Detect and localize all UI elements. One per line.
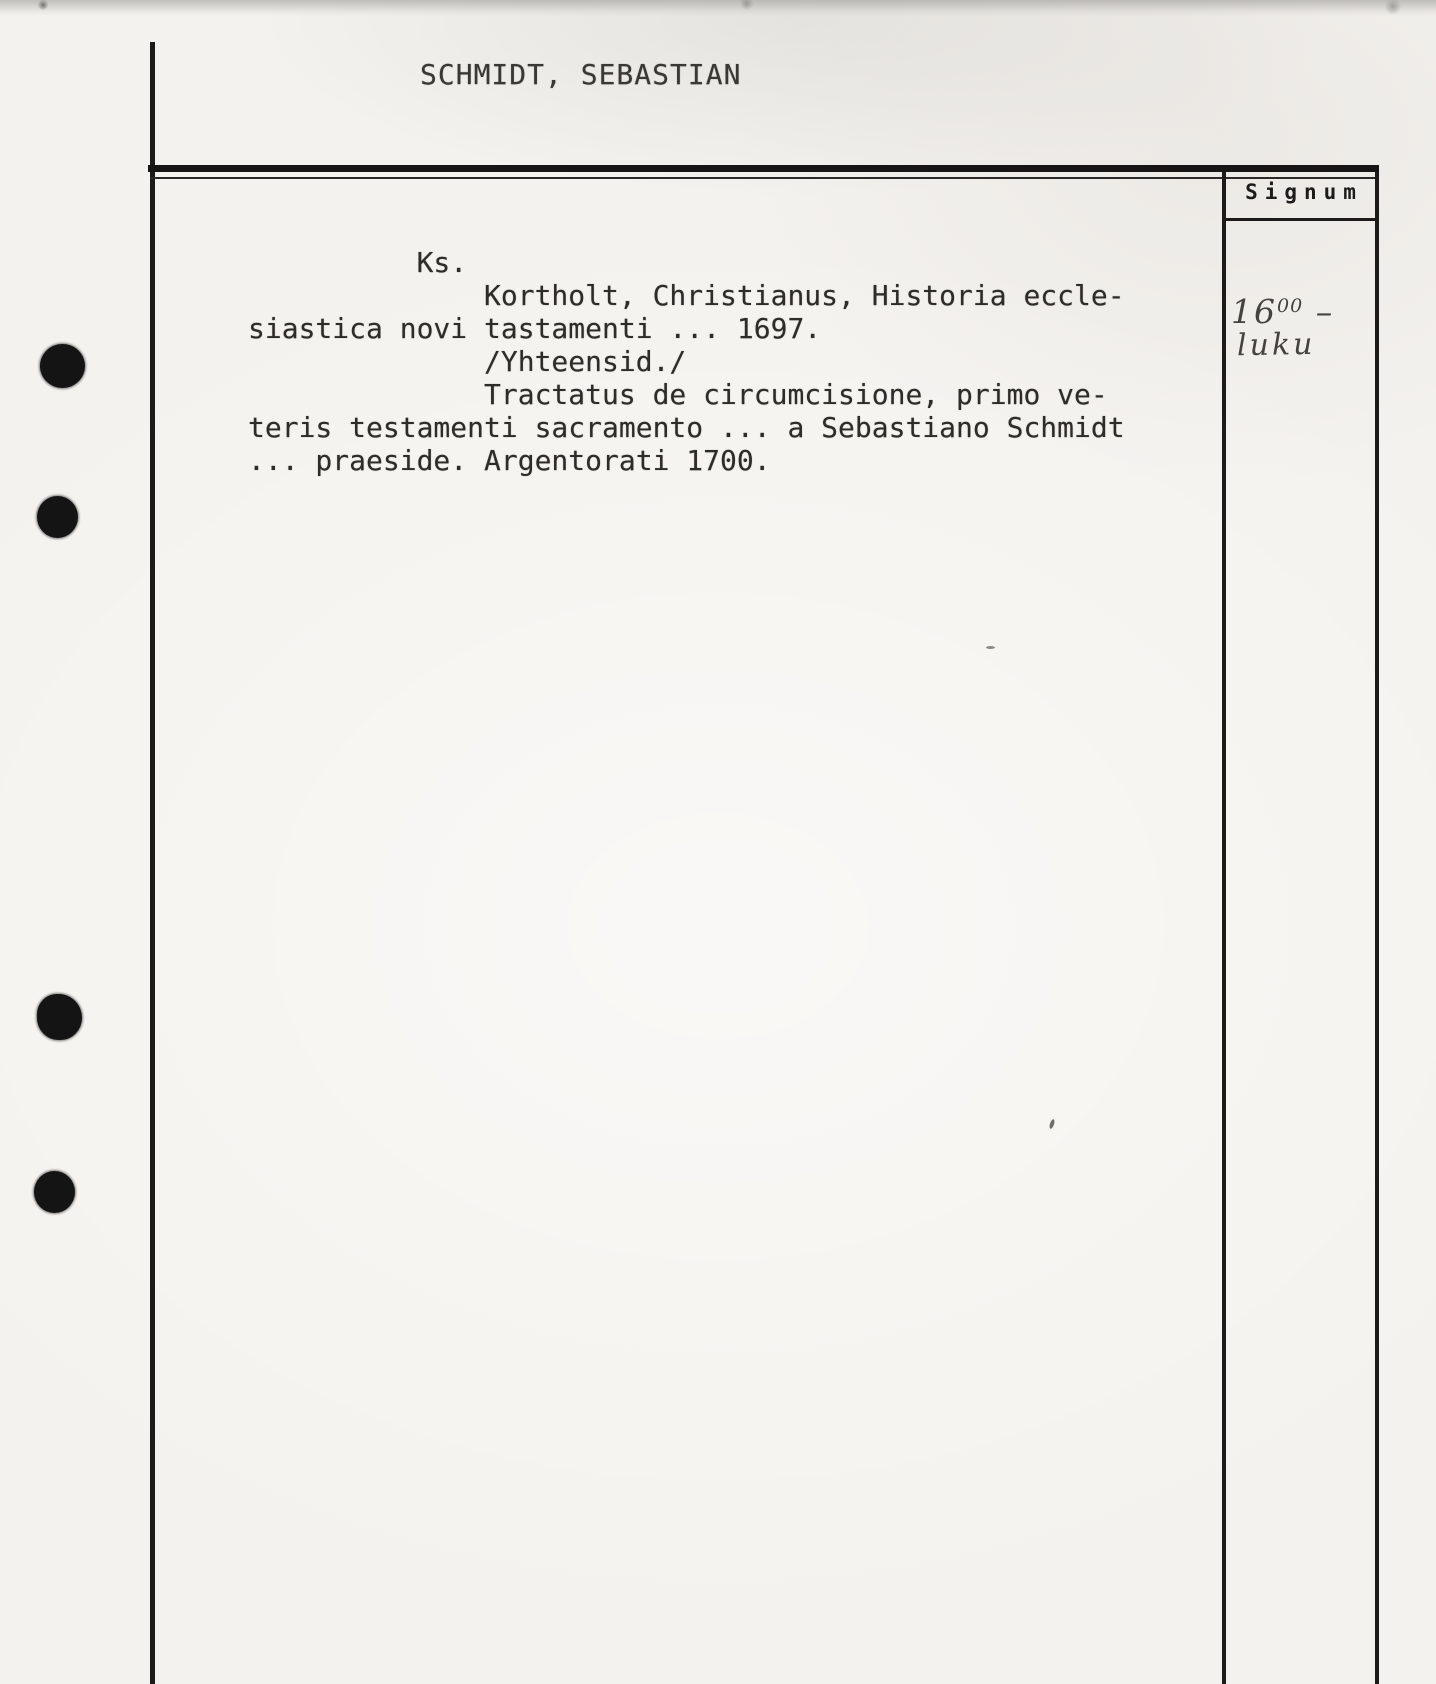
signum-column-left-rule (1222, 172, 1226, 1684)
catalog-entry-text: Ks. Kortholt, Christianus, Historia eccl… (248, 246, 1125, 477)
signum-note-year: 1600 – (1231, 292, 1375, 331)
left-margin-rule (150, 42, 155, 1684)
typed-line: Tractatus de circumcisione, primo ve- (248, 378, 1125, 411)
scanner-edge-band (0, 0, 1436, 16)
signum-handwritten-note: 1600 – luku (1231, 292, 1375, 362)
typed-line: siastica novi tastamenti ... 1697. (248, 312, 1125, 345)
signum-note-dash: – (1316, 292, 1335, 331)
typed-line: Ks. (248, 246, 1125, 279)
header-rule-thick (148, 165, 1379, 172)
signum-column-header: Signum (1226, 180, 1375, 204)
scan-speck (1049, 1119, 1056, 1130)
typed-line: teris testamenti sacramento ... a Sebast… (248, 411, 1125, 444)
punch-hole (40, 344, 85, 388)
header-rule-thin (150, 177, 1379, 179)
signum-note-century: 16 (1231, 292, 1277, 331)
signum-note-superscript: 00 (1277, 295, 1303, 317)
signum-note-word: luku (1237, 326, 1376, 363)
scan-speck (986, 646, 995, 649)
punch-hole (37, 496, 78, 538)
punch-hole (37, 994, 82, 1040)
signum-column-right-rule (1375, 172, 1379, 1684)
signum-header-box-rule (1222, 218, 1379, 221)
typed-line: /Yhteensid./ (248, 345, 1125, 378)
page-title: SCHMIDT, SEBASTIAN (420, 58, 741, 91)
catalog-card-scan: SCHMIDT, SEBASTIAN Signum Ks. Kortholt, … (0, 0, 1436, 1684)
punch-hole (34, 1171, 75, 1213)
typed-line: ... praeside. Argentorati 1700. (248, 444, 1125, 477)
typed-line: Kortholt, Christianus, Historia eccle- (248, 279, 1125, 312)
